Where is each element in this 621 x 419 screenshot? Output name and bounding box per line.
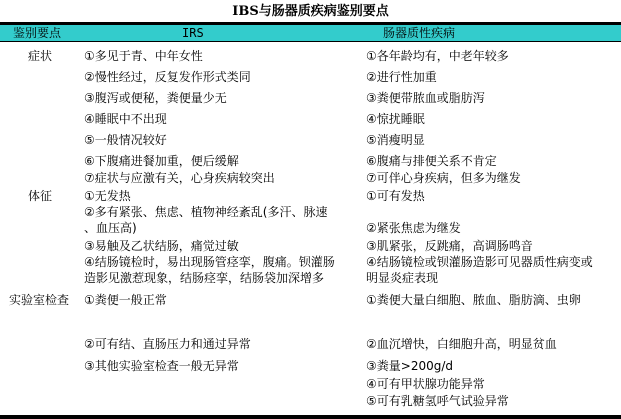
irs-symptom-3: ③腹泻或便秘，粪便量少无 bbox=[84, 92, 227, 105]
header-irs: IRS bbox=[182, 25, 204, 41]
organic-sign-4: ④结肠镜检或钡灌肠造影可见器质性病变或 bbox=[366, 256, 593, 269]
organic-sign-4-cont: 明显炎症表现 bbox=[366, 272, 438, 285]
organic-symptom-4: ④惊扰睡眠 bbox=[366, 113, 425, 126]
organic-sign-3: ③肌紧张，反跳痛，高调肠鸣音 bbox=[366, 240, 533, 253]
organic-sign-2: ②紧张焦虑为继发 bbox=[366, 222, 461, 235]
organic-symptom-5: ⑤消瘦明显 bbox=[366, 134, 425, 147]
irs-lab-2: ②可有结、直肠压力和通过异常 bbox=[84, 338, 251, 351]
organic-lab-2: ②血沉增快，白细胞升高，明显贫血 bbox=[366, 338, 557, 351]
irs-symptom-5: ⑤一般情况较好 bbox=[84, 134, 167, 147]
organic-symptom-6: ⑥腹痛与排便关系不肯定 bbox=[366, 155, 497, 168]
irs-symptom-7: ⑦症状与应激有关，心身疾病较突出 bbox=[84, 172, 275, 185]
irs-sign-4: ④结肠镜检时，易出现肠管痉挛，腹痛。钡灌肠 bbox=[84, 256, 335, 269]
organic-symptom-2: ②进行性加重 bbox=[366, 71, 437, 84]
header-criteria: 鉴别要点 bbox=[13, 25, 61, 41]
irs-symptom-1: ①多见于青、中年女性 bbox=[84, 50, 203, 63]
organic-symptom-7: ⑦可伴心身疾病，但多为继发 bbox=[366, 172, 521, 185]
header-organic-disease: 肠器质性疾病 bbox=[383, 25, 455, 41]
organic-lab-4: ④可有甲状腺功能异常 bbox=[366, 378, 485, 391]
row-label-lab-tests: 实验室检查 bbox=[9, 294, 69, 307]
table-title: IBS与肠器质疾病鉴别要点 bbox=[0, 4, 621, 20]
irs-sign-2-cont: 、血压高) bbox=[84, 222, 137, 235]
organic-lab-5: ⑤可有乳糖氢呼气试验异常 bbox=[366, 395, 509, 408]
irs-sign-2: ②多有紧张、焦虑、植物神经紊乱(多汗、脉速 bbox=[84, 206, 327, 219]
irs-symptom-4: ④睡眠中不出现 bbox=[84, 113, 167, 126]
row-label-symptoms: 症状 bbox=[28, 50, 52, 63]
header-bottom-rule bbox=[0, 41, 621, 42]
irs-lab-3: ③其他实验室检查一般无异常 bbox=[84, 360, 239, 373]
irs-symptom-6: ⑥下腹痛进餐加重，便后缓解 bbox=[84, 155, 239, 168]
organic-lab-3: ③粪量>200g/d bbox=[366, 360, 453, 373]
organic-symptom-3: ③粪便带脓血或脂肪泻 bbox=[366, 92, 485, 105]
bottom-rule bbox=[0, 415, 621, 419]
irs-sign-3: ③易触及乙状结肠，痛觉过敏 bbox=[84, 240, 239, 253]
irs-sign-1: ①无发热 bbox=[84, 190, 131, 203]
organic-lab-1: ①粪便大量白细胞、脓血、脂肪滴、虫卵 bbox=[366, 294, 581, 307]
organic-symptom-1: ①各年龄均有，中老年较多 bbox=[366, 50, 509, 63]
row-label-signs: 体征 bbox=[28, 190, 52, 203]
organic-sign-1: ①可有发热 bbox=[366, 190, 425, 203]
irs-lab-1: ①粪便一般正常 bbox=[84, 294, 167, 307]
irs-symptom-2: ②慢性经过，反复发作形式类同 bbox=[84, 71, 251, 84]
table-header-row: 鉴别要点 IRS 肠器质性疾病 bbox=[0, 25, 621, 41]
irs-sign-4-cont: 造影见激惹现象，结肠痉挛，结肠袋加深增多 bbox=[84, 272, 324, 285]
